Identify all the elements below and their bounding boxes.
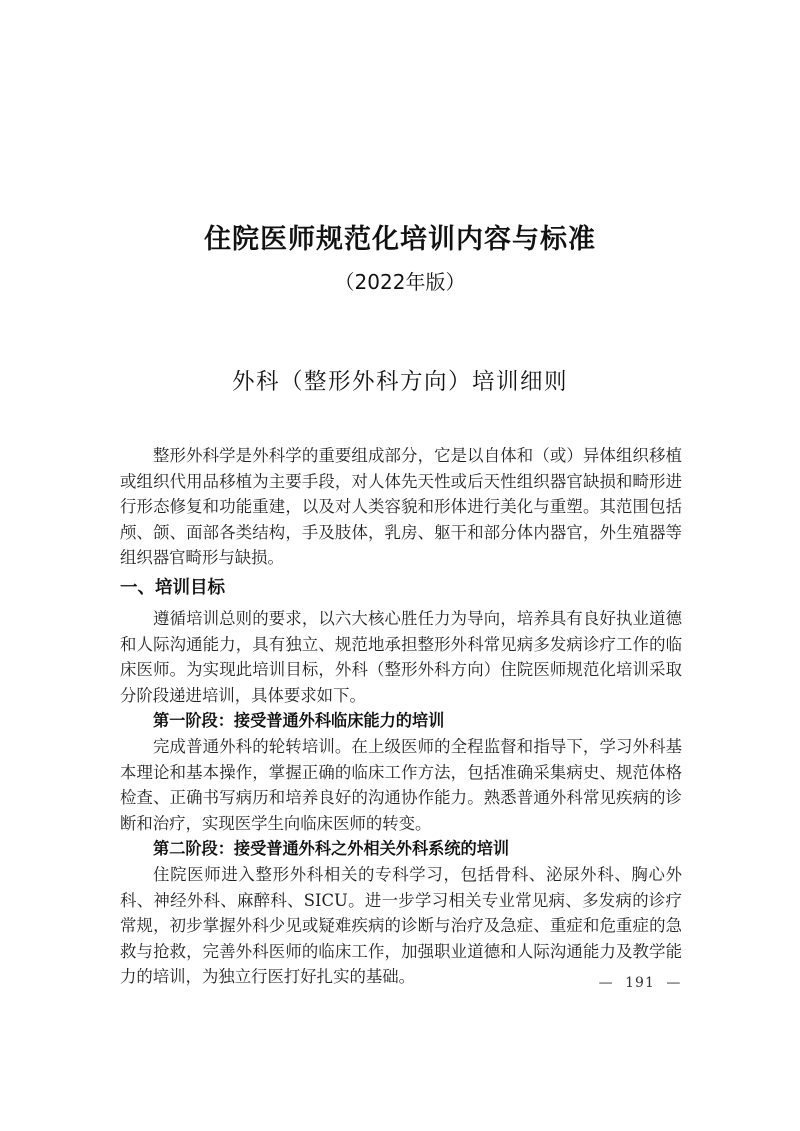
intro-paragraph: 整形外科学是外科学的重要组成部分，它是以自体和（或）异体组织移植或组织代用品移植… (120, 443, 682, 571)
page-number-dash-left: — (599, 975, 614, 991)
stage-2-heading: 第二阶段：接受普通外科之外相关外科系统的培训 (120, 836, 682, 862)
section-title: 外科（整形外科方向）培训细则 (0, 367, 800, 397)
document-main-title: 住院医师规范化培训内容与标准 (0, 222, 800, 258)
page-number-value: 191 (625, 975, 655, 991)
page-number-dash-right: — (666, 975, 681, 991)
heading-training-goals: 一、培训目标 (120, 575, 682, 602)
goal-paragraph: 遵循培训总则的要求，以六大核心胜任力为导向，培养具有良好执业道德和人际沟通能力，… (120, 606, 682, 708)
stage-1-heading: 第一阶段：接受普通外科临床能力的培训 (120, 708, 682, 734)
stage-1-paragraph: 完成普通外科的轮转培训。在上级医师的全程监督和指导下，学习外科基本理论和基本操作… (120, 734, 682, 836)
stage-2-paragraph: 住院医师进入整形外科相关的专科学习，包括骨科、泌尿外科、胸心外科、神经外科、麻醉… (120, 862, 682, 990)
document-body: 整形外科学是外科学的重要组成部分，它是以自体和（或）异体组织移植或组织代用品移植… (120, 443, 682, 990)
document-subtitle: （2022年版） (0, 268, 800, 296)
document-page: 住院医师规范化培训内容与标准 （2022年版） 外科（整形外科方向）培训细则 整… (0, 0, 800, 1131)
page-number: — 191 — (590, 975, 690, 991)
